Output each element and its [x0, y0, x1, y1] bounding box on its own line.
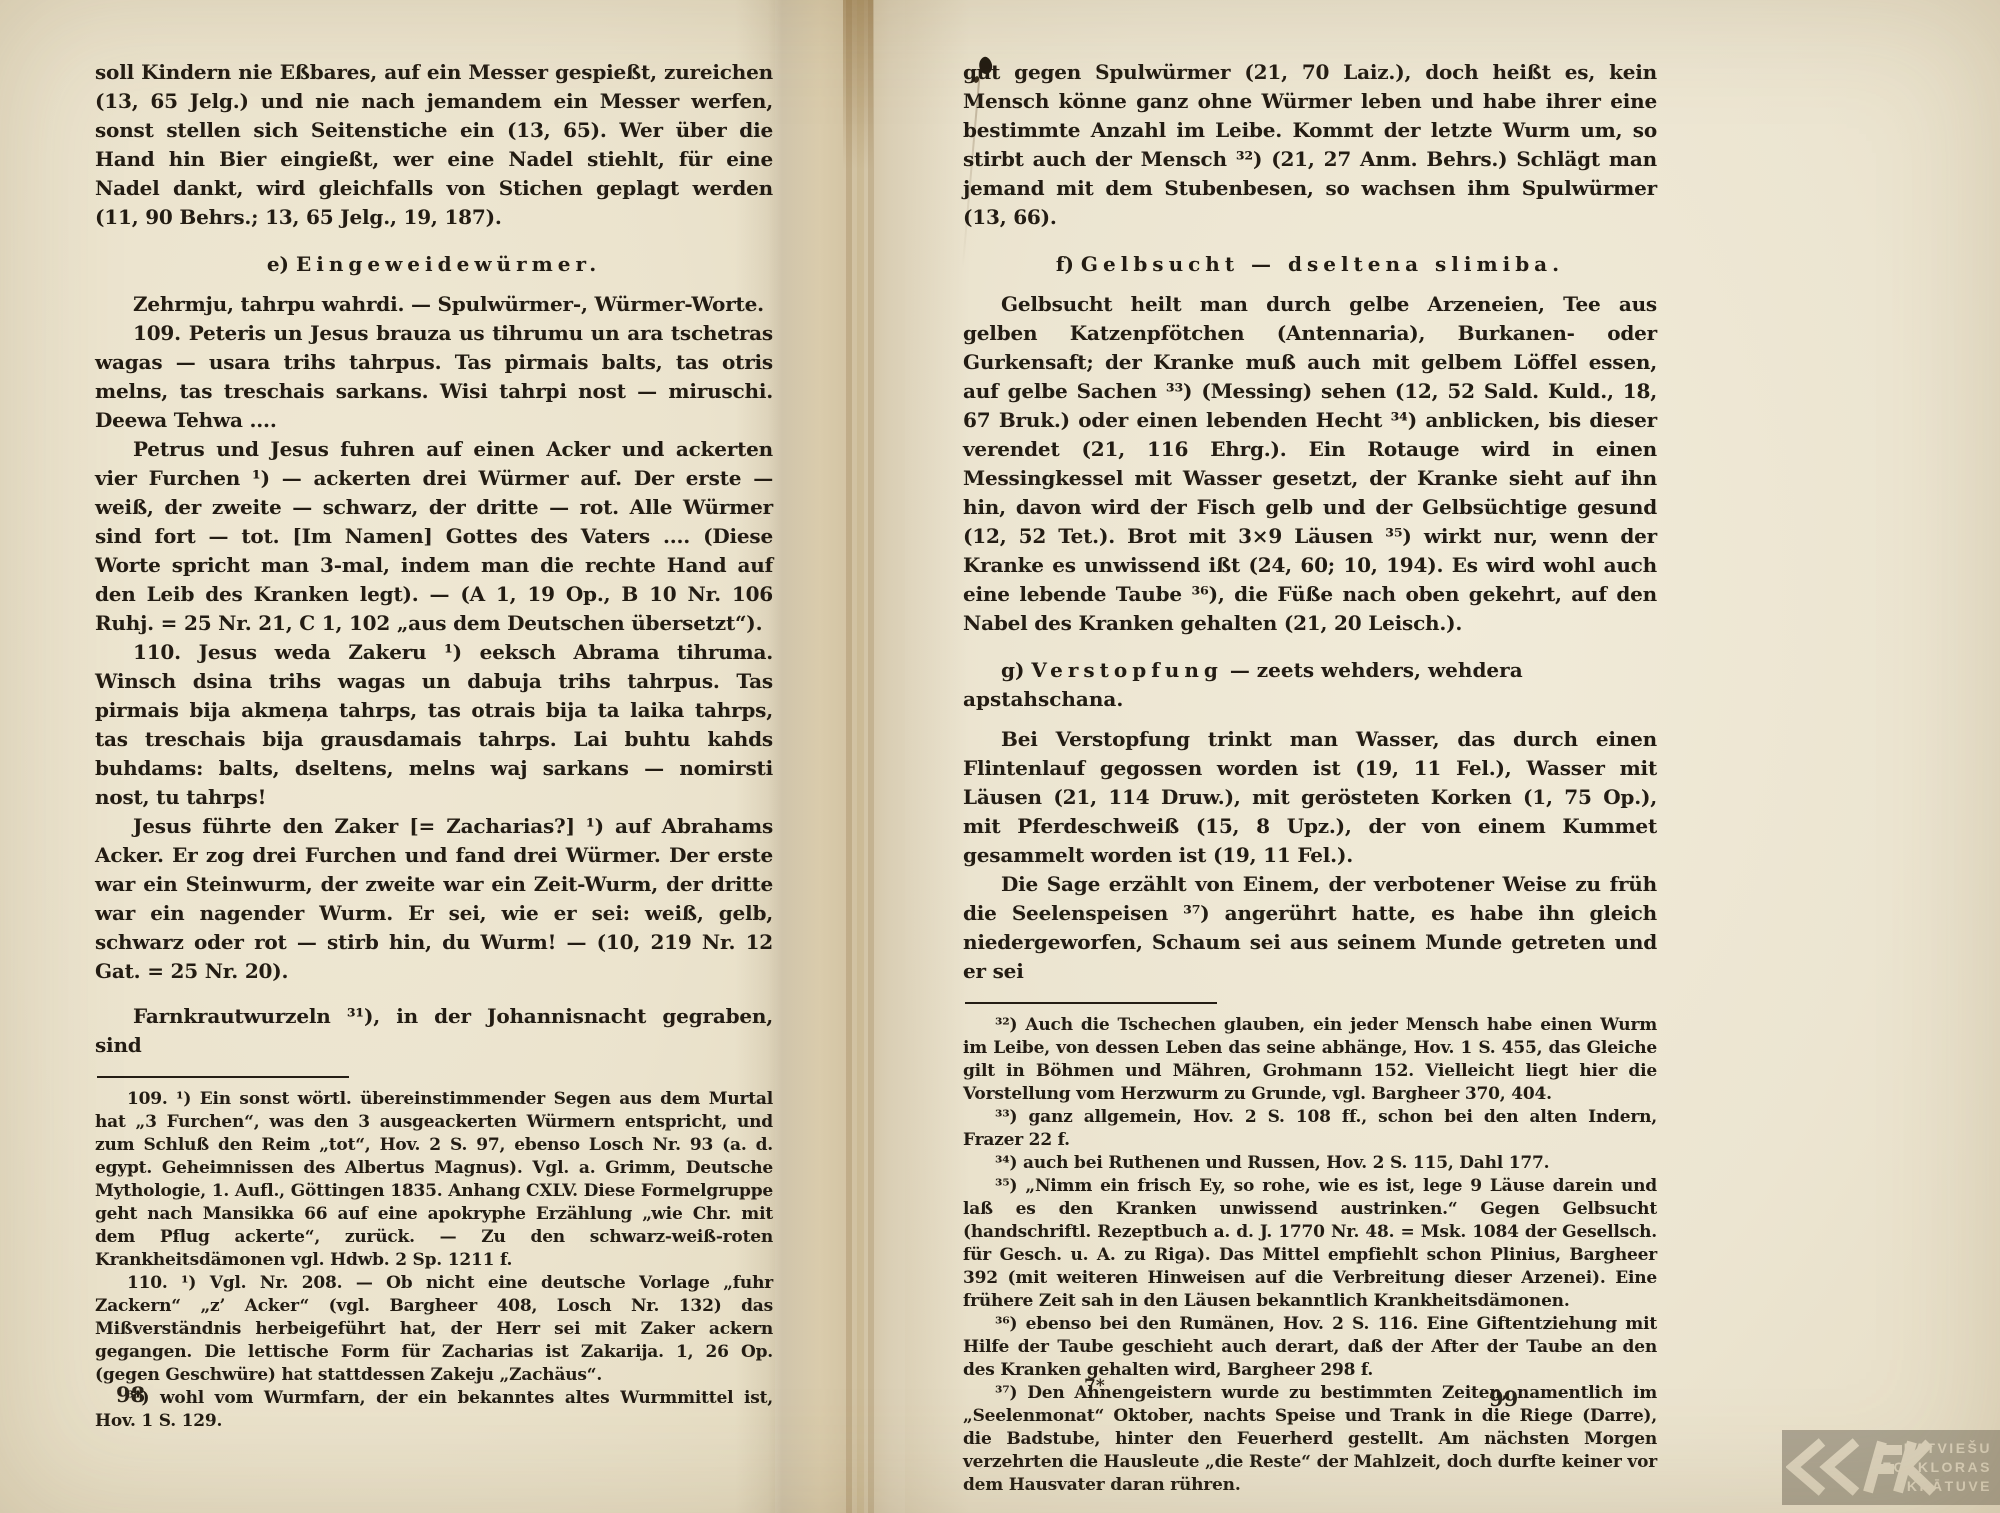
section-heading: f) Gelbsucht — dseltena slimiba. [963, 250, 1657, 279]
page-number-right: 99 [1489, 1386, 1518, 1411]
page-number-left: 98 [116, 1382, 145, 1407]
paragraph: Zehrmju, tahrpu wahrdi. — Spulwürmer-, W… [95, 290, 773, 319]
footnote-rule [965, 1002, 1217, 1004]
footnote: ³⁵) „Nimm ein frisch Ey, so rohe, wie es… [963, 1175, 1657, 1313]
page-edge-line [846, 0, 852, 1513]
paragraph: soll Kindern nie Eßbares, auf ein Messer… [95, 58, 773, 232]
watermark-line: FOLKLORAS [1882, 1458, 1992, 1477]
gutter-top-shadow [843, 0, 873, 170]
left-page-text-column: soll Kindern nie Eßbares, auf ein Messer… [95, 58, 773, 1433]
page-edge-line [857, 0, 864, 1513]
lfk-watermark: LATVIEŠU FOLKLORAS KRĀTUVE [1782, 1430, 2000, 1505]
paragraph: 110. Jesus weda Zakeru ¹) eeksch Abrama … [95, 638, 773, 812]
footnote: ³⁷) Den Ahnengeistern wurde zu bestimmte… [963, 1382, 1657, 1497]
signature-mark: 7* [1084, 1376, 1105, 1396]
footnote: ³³) ganz allgemein, Hov. 2 S. 108 ff., s… [963, 1106, 1657, 1152]
paragraph: Bei Verstopfung trinkt man Wasser, das d… [963, 725, 1657, 870]
section-heading: e) Eingeweidewürmer. [95, 250, 773, 279]
paragraph: Die Sage erzählt von Einem, der verboten… [963, 870, 1657, 986]
footnote: ³⁴) auch bei Ruthenen und Russen, Hov. 2… [963, 1152, 1657, 1175]
watermark-line: LATVIEŠU [1882, 1439, 1992, 1458]
section-heading: g) Verstopfung — zeets wehders, wehdera … [963, 656, 1657, 714]
footnote: ³²) Auch die Tschechen glauben, ein jede… [963, 1014, 1657, 1106]
paragraph: Petrus und Jesus fuhren auf einen Acker … [95, 435, 773, 638]
paragraph: Jesus führte den Zaker [= Zacharias?] ¹)… [95, 812, 773, 986]
paragraph: Gelbsucht heilt man durch gelbe Arzeneie… [963, 290, 1657, 638]
watermark-line: KRĀTUVE [1882, 1477, 1992, 1496]
footnote: ³¹) wohl vom Wurmfarn, der ein bekanntes… [95, 1387, 773, 1433]
footnote: 109. ¹) Ein sonst wörtl. übereinstimmend… [95, 1088, 773, 1272]
footnote-rule [97, 1076, 349, 1078]
paragraph: Farnkrautwurzeln ³¹), in der Johannisnac… [95, 1002, 773, 1060]
paragraph: 109. Peteris un Jesus brauza us tihrumu … [95, 319, 773, 435]
right-page-text-column: gut gegen Spulwürmer (21, 70 Laiz.), doc… [963, 58, 1657, 1497]
paragraph: gut gegen Spulwürmer (21, 70 Laiz.), doc… [963, 58, 1657, 232]
page-edge-line [868, 0, 874, 1513]
footnote: ³⁶) ebenso bei den Rumänen, Hov. 2 S. 11… [963, 1313, 1657, 1382]
footnote: 110. ¹) Vgl. Nr. 208. — Ob nicht eine de… [95, 1272, 773, 1387]
book-spread: soll Kindern nie Eßbares, auf ein Messer… [0, 0, 2000, 1513]
watermark-text: LATVIEŠU FOLKLORAS KRĀTUVE [1882, 1439, 1992, 1496]
